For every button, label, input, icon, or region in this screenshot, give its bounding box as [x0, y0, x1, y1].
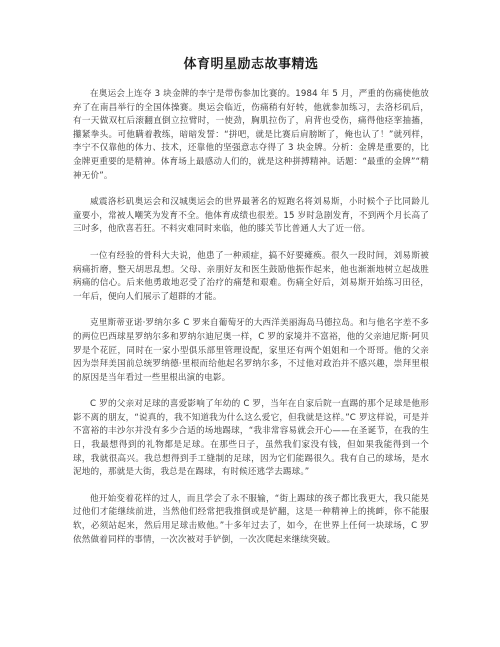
paragraph-li-ning: 在奥运会上连夺 3 块金牌的李宁是带伤参加比赛的。1984 年 5 月，严重的伤…: [73, 88, 429, 183]
paragraph-lewis-recovery: 一位有经验的骨科大夫说，他患了一种顽症，搞不好要瘫痪。很久一段时间，刘易斯被病痛…: [73, 250, 429, 304]
paragraph-ronaldo-family: 克里斯蒂亚诺·罗纳尔多 C 罗来自葡萄牙的大西洋美丽海岛马德拉岛。和与他名字差不…: [73, 317, 429, 385]
document-page: 体育明星励志故事精选 在奥运会上连夺 3 块金牌的李宁是带伤参加比赛的。1984…: [73, 56, 429, 560]
document-title: 体育明星励志故事精选: [73, 56, 429, 74]
paragraph-ronaldo-football-love: C 罗的父亲对足球的喜爱影响了年幼的 C 罗，当年在自家后院一直踢的那个足球是他…: [73, 398, 429, 480]
paragraph-lewis-intro: 威震洛杉矶奥运会和汉城奥运会的世界最著名的短跑名将刘易斯，小时候个子比同龄儿童要…: [73, 196, 429, 237]
paragraph-ronaldo-never-give-up: 他开始变着花样的过人，而且学会了永不服输，“街上踢球的孩子都比我更大，我只能晃过…: [73, 493, 429, 547]
